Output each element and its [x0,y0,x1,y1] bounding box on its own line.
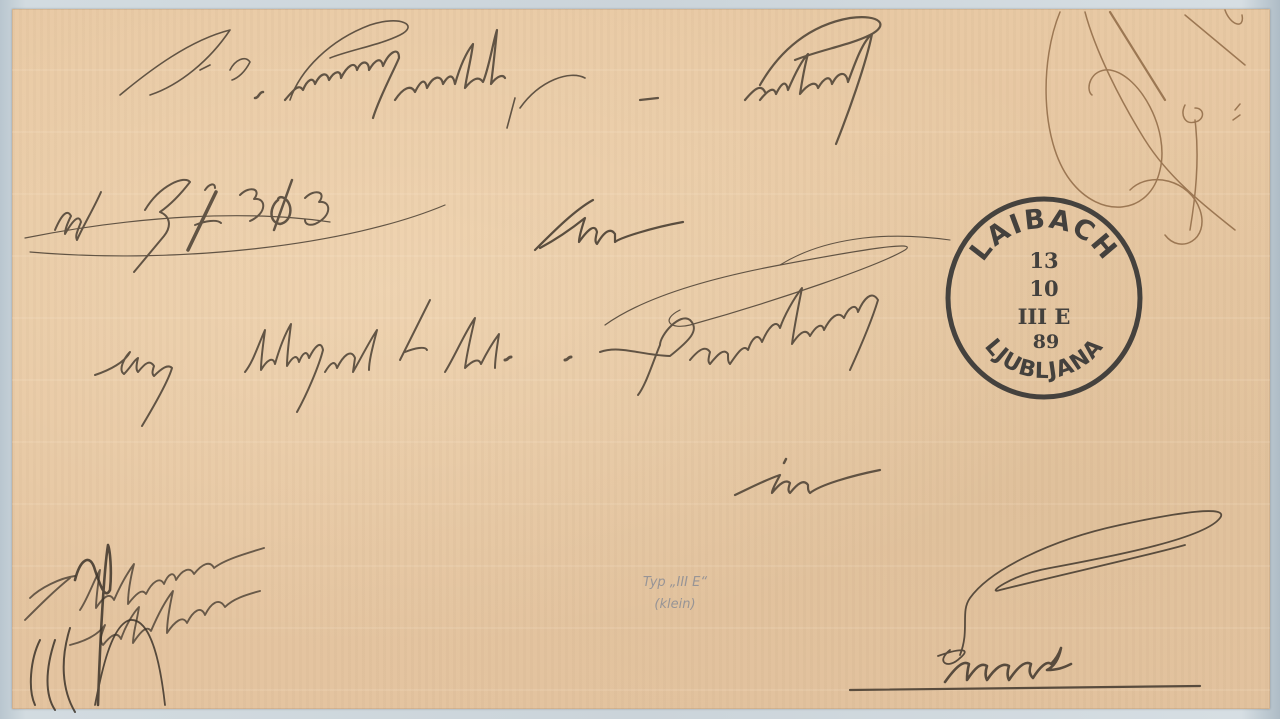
handwriting-destination [850,511,1221,690]
handwriting-preposition [735,459,880,495]
handwriting-sender-line [120,17,880,144]
postmark-time-code: III E [1018,304,1071,329]
handwriting-addressee-line [95,236,950,426]
pencil-note-line2: (klein) [610,594,740,616]
postmark-month: 10 [1029,276,1058,301]
postmark-day: 13 [1029,248,1058,273]
postmark-cancellation: LAIBACH LJUBLJANA 13 10 III E 89 [944,196,1144,401]
handwriting-salutation [535,200,683,250]
postmark-year: 89 [1033,331,1059,353]
handwriting-reference [25,180,445,272]
handwriting-signature [31,545,165,712]
handwriting-official-note [25,548,264,645]
pencil-collector-note: Typ „III E“ (klein) [610,572,740,632]
pencil-note-line1: Typ „III E“ [610,572,740,594]
